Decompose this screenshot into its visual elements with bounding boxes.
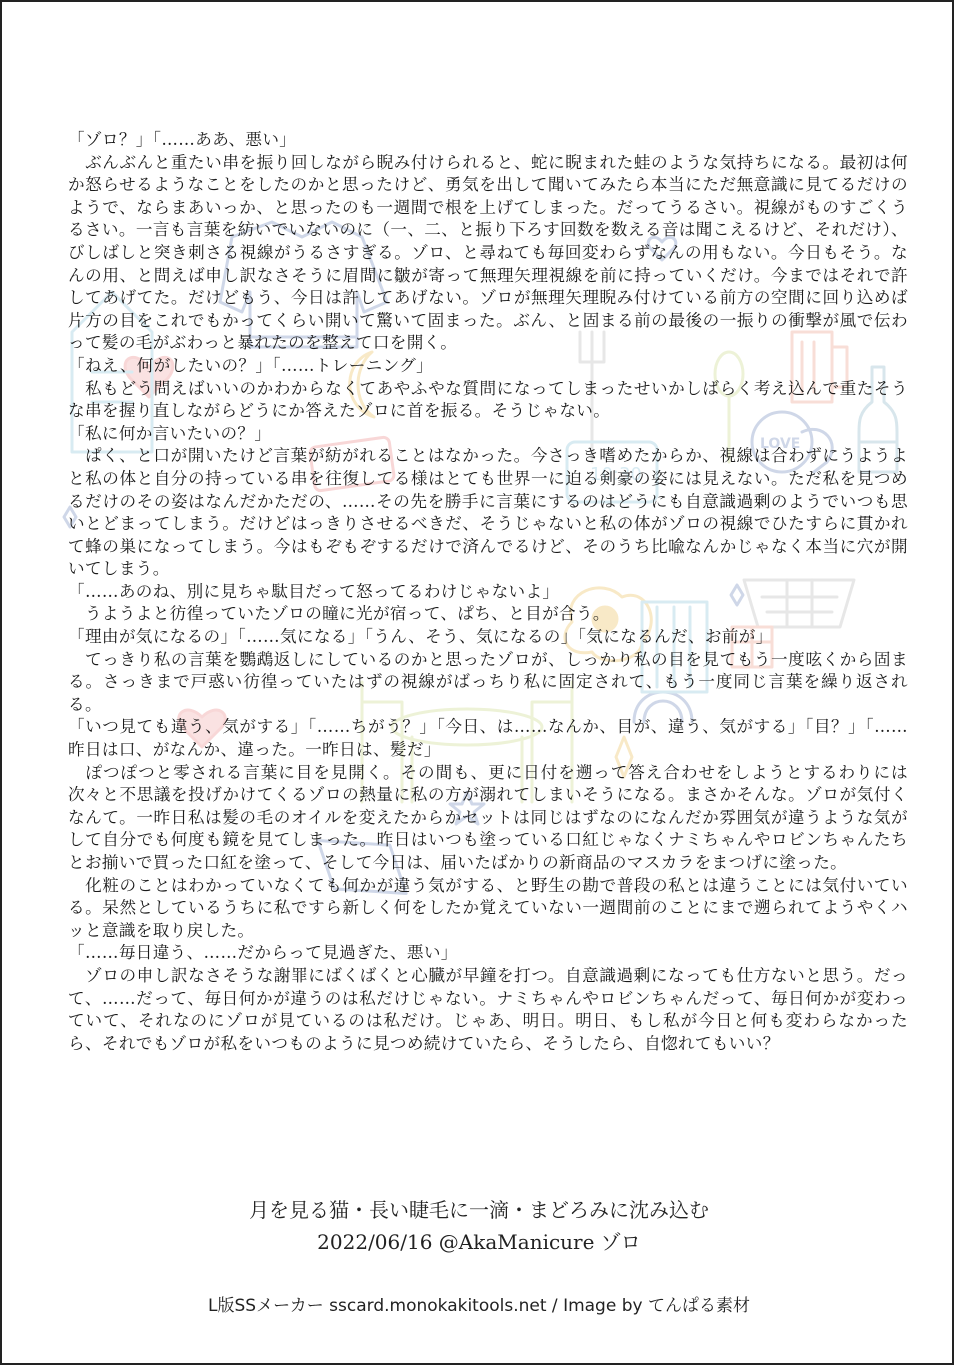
story-paragraph: 「私に何か言いたいの？」: [68, 423, 908, 446]
story-text: 「ゾロ？」「……ああ、悪い」 ぶんぶんと重たい串を振り回しながら睨み付けられると…: [68, 129, 908, 1055]
story-paragraph: 「理由が気になるの」「……気になる」「うん、そう、気になるの」「気になるんだ、お…: [68, 626, 908, 649]
story-paragraph: 私もどう問えばいいのかわからなくてあやふやな質問になってしまったせいかしばらく考…: [68, 378, 908, 423]
story-paragraph: 「……あのね、別に見ちゃ駄目だって怒ってるわけじゃないよ」: [68, 581, 908, 604]
story-paragraph: 「……毎日違う、……だからって見過ぎた、悪い」: [68, 942, 908, 965]
story-meta: 2022/06/16 @AkaManicure ゾロ: [2, 1228, 954, 1256]
ss-card: LOVE 10:30: [0, 0, 954, 1365]
story-paragraph: ぽつぽつと零される言葉に目を見開く。その間も、更に日付を遡って答え合わせをしよう…: [68, 762, 908, 875]
story-paragraph: ぱく、と口が開いたけど言葉が紡がれることはなかった。今さっき嗜めたからか、視線は…: [68, 445, 908, 581]
credit-line: L版SSメーカー sscard.monokakitools.net / Imag…: [2, 1294, 954, 1318]
story-paragraph: てっきり私の言葉を鸚鵡返しにしているのかと思ったゾロが、しっかり私の目を見てもう…: [68, 649, 908, 717]
story-paragraph: 「いつ見ても違う、気がする」「……ちがう？」「今日、は……なんか、目が、違う、気…: [68, 716, 908, 761]
story-title: 月を見る猫・長い睫毛に一滴・まどろみに沈み込む: [2, 1196, 954, 1224]
story-paragraph: ぶんぶんと重たい串を振り回しながら睨み付けられると、蛇に睨まれた蛙のような気持ち…: [68, 152, 908, 355]
story-paragraph: うようよと彷徨っていたゾロの瞳に光が宿って、ぱち、と目が合う。: [68, 603, 908, 626]
story-paragraph: 「ねえ、何がしたいの？」「……トレーニング」: [68, 355, 908, 378]
story-paragraph: 「ゾロ？」「……ああ、悪い」: [68, 129, 908, 152]
story-paragraph: ゾロの申し訳なさそうな謝罪にばくばくと心臓が早鐘を打つ。自意識過剰になっても仕方…: [68, 965, 908, 1055]
story-paragraph: 化粧のことはわかっていなくても何かが違う気がする、と野生の勘で普段の私とは違うこ…: [68, 875, 908, 943]
